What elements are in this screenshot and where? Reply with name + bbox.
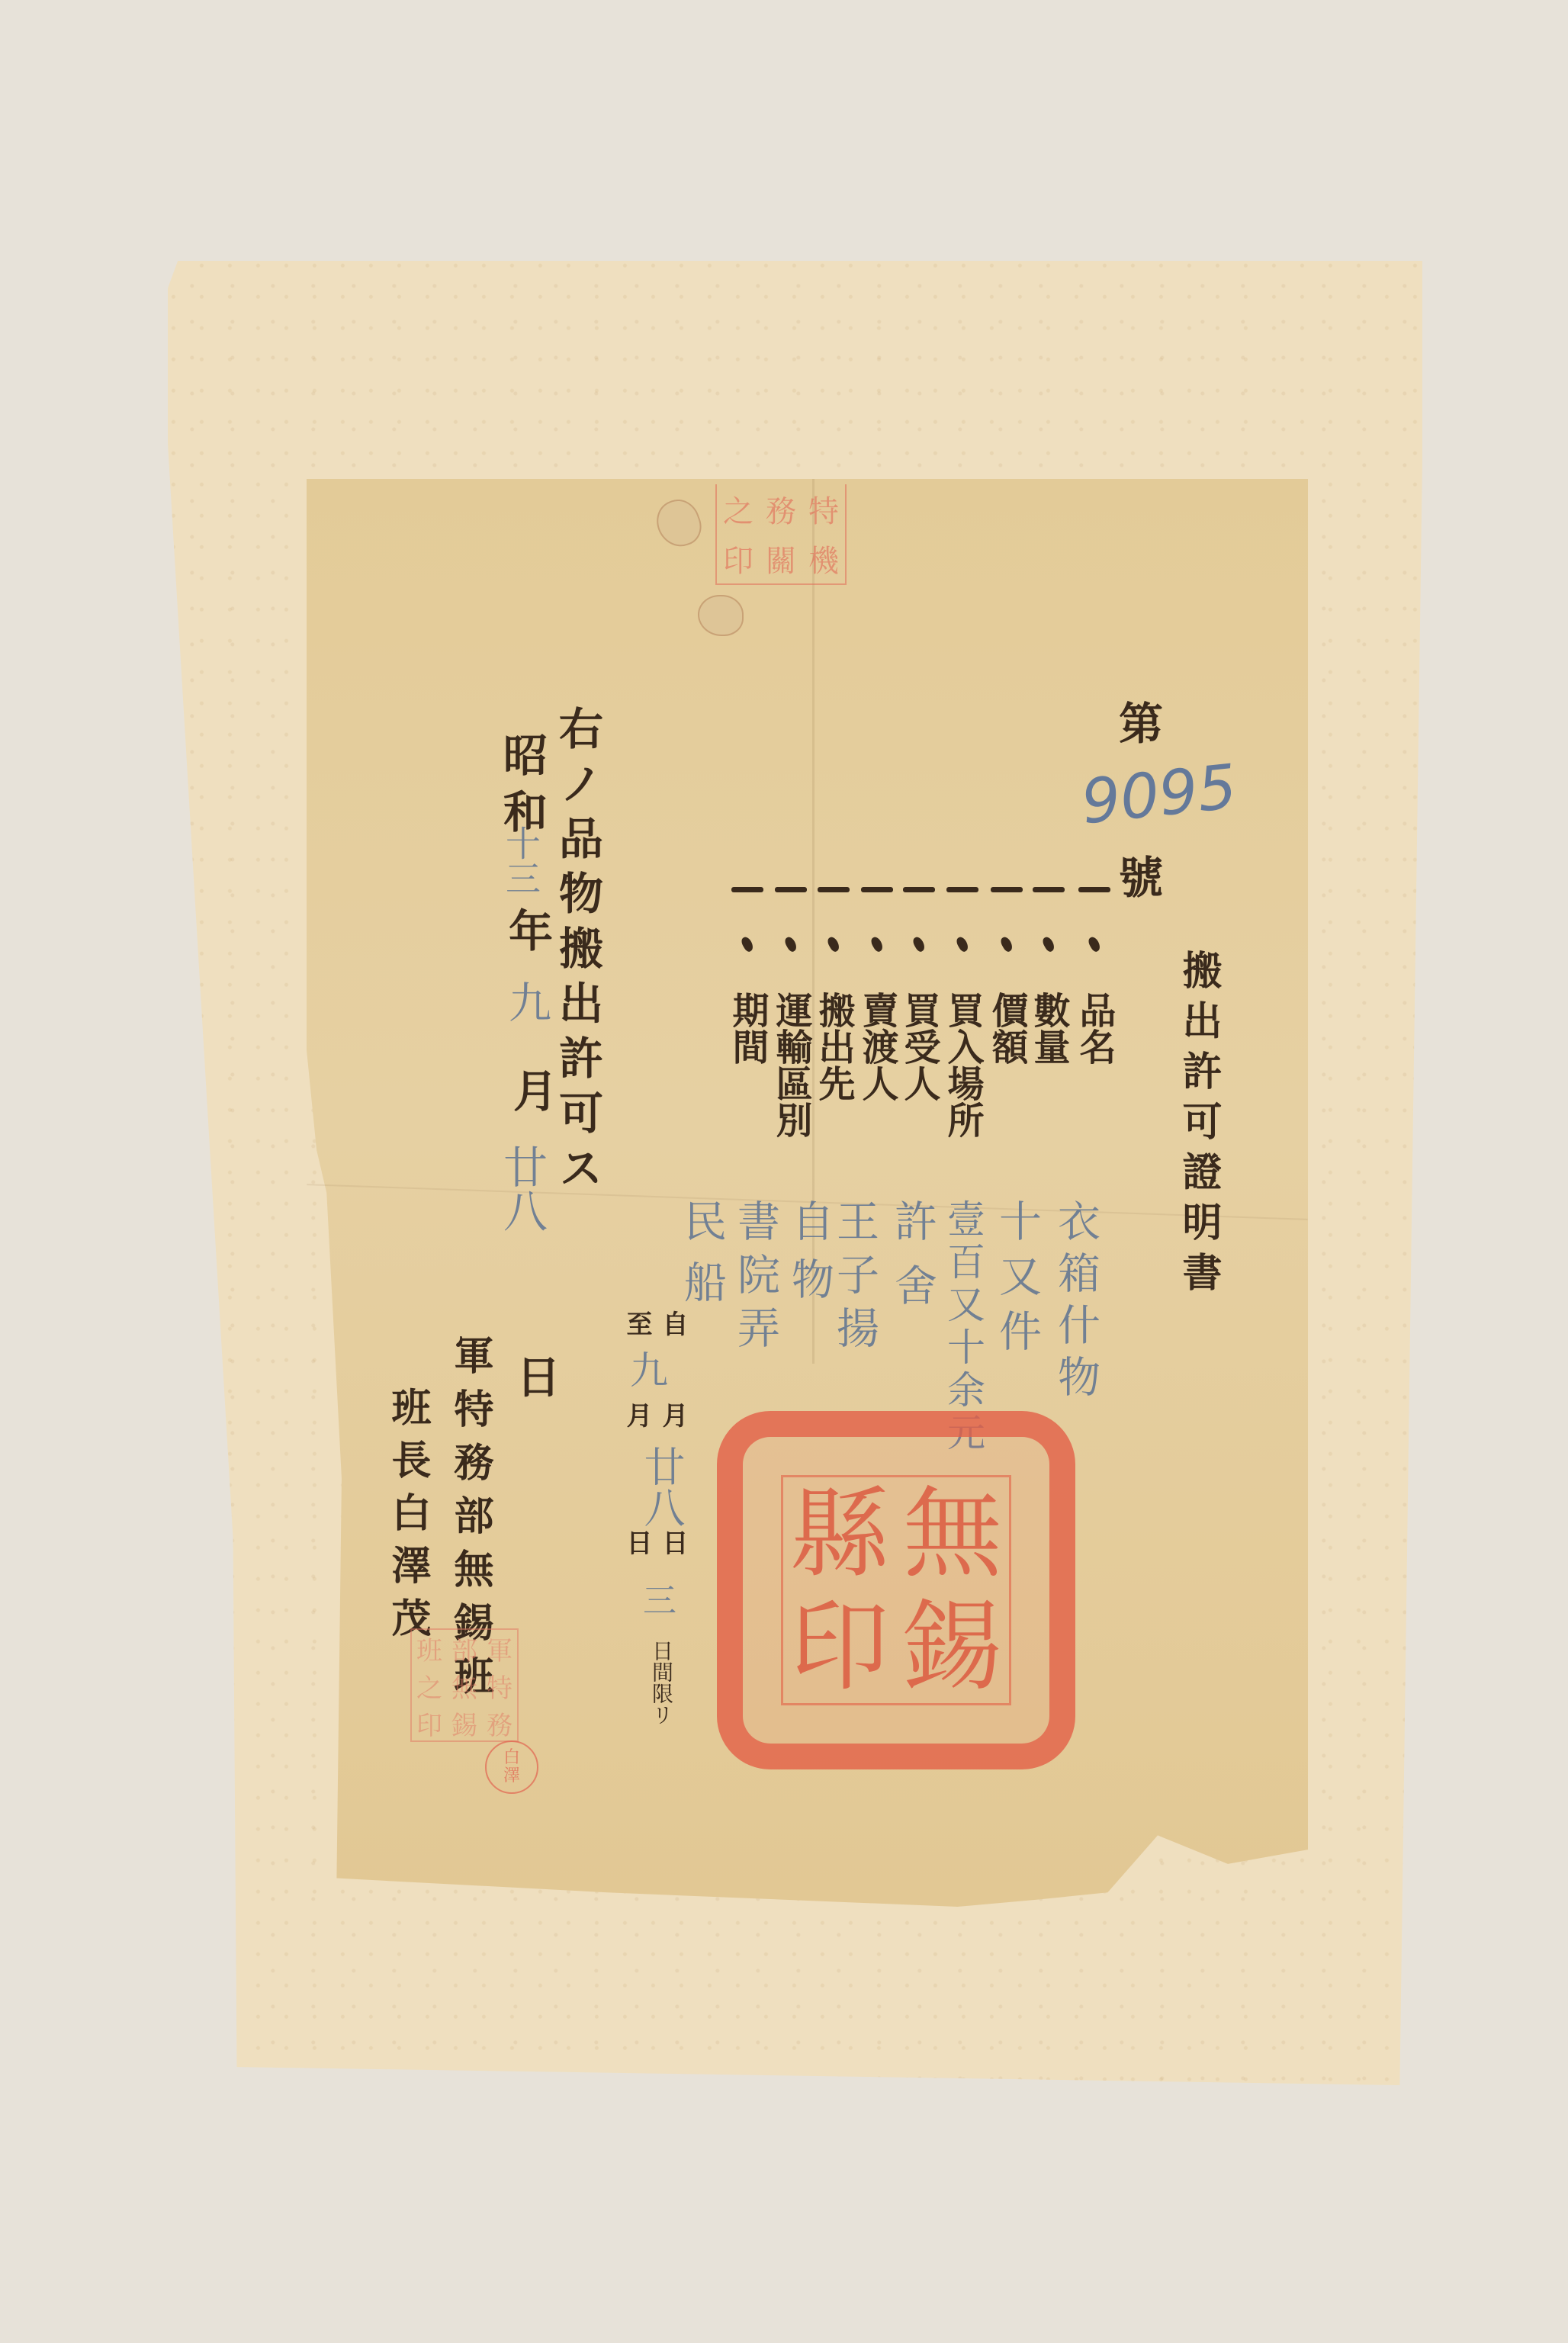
item-label: 搬出先	[814, 992, 853, 1197]
seal-char: 務	[482, 1705, 517, 1742]
item-dash	[903, 887, 935, 892]
item-price: 價額	[984, 887, 1030, 1197]
item-dash	[731, 887, 763, 892]
item-dash	[1033, 887, 1065, 892]
item-comma	[1087, 935, 1102, 953]
period-to-month: 九	[627, 1350, 665, 1388]
item-label: 數量	[1029, 992, 1068, 1197]
item-period: 期間	[725, 887, 770, 1197]
top-seal-stamp: 之 務 特 印 關 機	[715, 484, 847, 585]
document-title: 搬出許可證明書	[1178, 950, 1218, 1302]
item-dash	[991, 887, 1023, 892]
value-purchase-place: 許舍	[891, 1199, 933, 1327]
period-from-day: 廿八	[641, 1445, 682, 1528]
seal-char: 務	[760, 484, 802, 534]
seal-char: 軍	[482, 1630, 517, 1667]
seal-char: 澤	[503, 1767, 520, 1785]
seal-char: 特	[802, 484, 845, 534]
water-stain	[698, 595, 744, 636]
seal-char: 錫	[896, 1590, 1009, 1703]
seal-char: 之	[717, 484, 760, 534]
value-buyer: 王子揚	[833, 1199, 876, 1359]
seal-char: 關	[760, 534, 802, 583]
date-month: 九	[505, 980, 548, 1023]
item-label: 賣渡人	[857, 992, 897, 1197]
period-from-prefix: 自	[660, 1310, 686, 1336]
item-label: 買受人	[899, 992, 939, 1197]
seal-char: 印	[783, 1590, 896, 1703]
seal-char: 機	[802, 534, 845, 583]
item-dash	[946, 887, 978, 892]
number-prefix: 第	[1115, 700, 1159, 744]
item-dash	[1078, 887, 1110, 892]
item-comma	[955, 935, 970, 953]
date-day-label: 日	[512, 1354, 557, 1398]
seal-char: 印	[717, 534, 760, 583]
seal-char: 特	[482, 1667, 517, 1705]
signatory-name: 班長白澤茂	[387, 1387, 427, 1650]
seal-char: 無	[447, 1667, 482, 1705]
county-seal-stamp: 縣 無 印 錫	[717, 1411, 1075, 1769]
value-seller: 自物	[788, 1199, 831, 1315]
seal-char: 錫	[447, 1705, 482, 1742]
item-quantity: 數量	[1026, 887, 1072, 1197]
seal-char: 無	[896, 1477, 1009, 1590]
seal-char: 班	[412, 1630, 447, 1667]
seal-char: 白	[503, 1749, 520, 1767]
seal-char: 之	[412, 1667, 447, 1705]
date-year-label: 年	[505, 908, 549, 952]
item-label: 價額	[987, 992, 1027, 1197]
period-to-month-label: 月	[624, 1402, 650, 1428]
period-to-prefix: 至	[624, 1310, 650, 1336]
item-destination: 搬出先	[811, 887, 856, 1197]
issuer-seal-stamp: 班 部 軍 之 無 特 印 錫 務	[410, 1628, 519, 1742]
period-duration-suffix: 日間限リ	[648, 1640, 674, 1725]
value-destination: 書院弄	[734, 1199, 776, 1359]
item-label: 期間	[728, 992, 767, 1197]
item-comma	[783, 935, 798, 953]
item-label: 買入場所	[943, 992, 982, 1197]
item-seller: 賣渡人	[854, 887, 900, 1197]
date-month-label: 月	[509, 1068, 554, 1112]
item-comma	[869, 935, 885, 953]
county-seal-inner: 縣 無 印 錫	[781, 1475, 1011, 1705]
value-product-name: 衣箱什物	[1054, 1199, 1097, 1406]
period-duration: 三	[639, 1583, 673, 1616]
name-seal-stamp: 白 澤	[485, 1740, 538, 1794]
value-quantity: 十又件	[995, 1199, 1038, 1364]
item-purchase-place: 買入場所	[940, 887, 985, 1197]
item-comma	[911, 935, 927, 953]
item-label: 運輸區別	[771, 992, 811, 1197]
date-year: 十三	[503, 825, 538, 895]
item-transport-type: 運輸區別	[768, 887, 814, 1197]
item-comma	[1041, 935, 1056, 953]
item-dash	[775, 887, 807, 892]
item-comma	[826, 935, 841, 953]
item-product-name: 品名	[1072, 887, 1117, 1197]
seal-char: 印	[412, 1705, 447, 1742]
period-to-day-label: 日	[624, 1529, 650, 1555]
item-dash	[861, 887, 893, 892]
date-day: 廿八	[500, 1144, 544, 1233]
seal-char: 部	[447, 1630, 482, 1667]
period-from-day-label: 日	[660, 1529, 686, 1555]
value-transport-type: 民船	[680, 1199, 723, 1321]
item-dash	[818, 887, 850, 892]
item-buyer: 買受人	[896, 887, 942, 1197]
seal-char: 縣	[783, 1477, 896, 1590]
period-from-month-label: 月	[660, 1402, 686, 1428]
item-label: 品名	[1075, 992, 1114, 1197]
approval-statement: 右ノ品物搬出許可ス	[555, 705, 599, 1200]
item-comma	[740, 935, 755, 953]
item-comma	[999, 935, 1014, 953]
number-suffix: 號	[1115, 854, 1159, 898]
